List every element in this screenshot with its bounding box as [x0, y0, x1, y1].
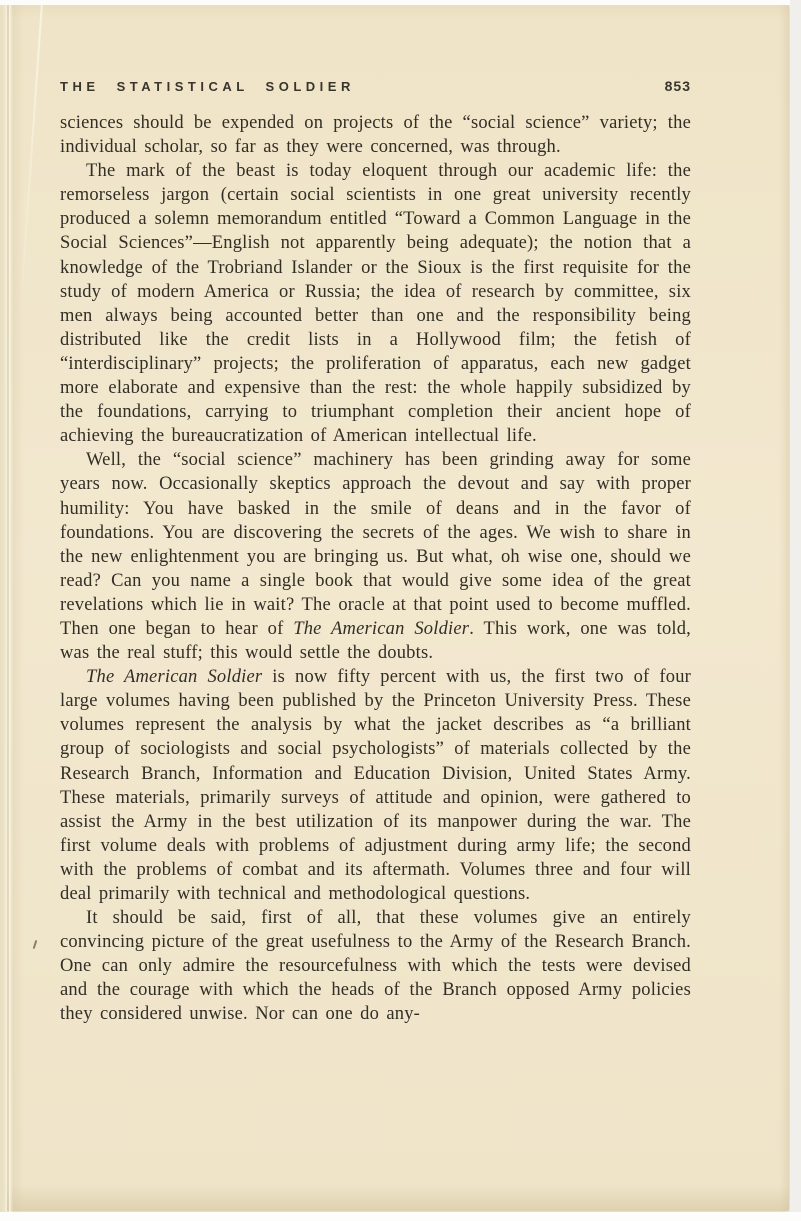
- text-run: Well, the “social science” machinery has…: [60, 450, 691, 639]
- body-paragraph: Well, the “social science” machinery has…: [60, 448, 691, 665]
- text-run: The mark of the beast is today eloquent …: [60, 161, 691, 446]
- body-paragraph: The American Soldier is now fifty percen…: [60, 665, 691, 906]
- page-content: THE STATISTICAL SOLDIER 853 sciences sho…: [60, 78, 691, 1027]
- adjacent-page-edge: [0, 0, 7, 1221]
- page-number: 853: [665, 78, 691, 94]
- scan-margin-right: [790, 0, 801, 1221]
- binding-crease: [9, 0, 13, 1221]
- text-run: It should be said, first of all, that th…: [60, 908, 691, 1024]
- text-run: sciences should be expended on projects …: [60, 113, 691, 157]
- body-paragraph: sciences should be expended on projects …: [60, 111, 691, 159]
- italic-book-title: The American Soldier: [293, 619, 469, 639]
- running-head: THE STATISTICAL SOLDIER 853: [60, 78, 691, 94]
- italic-book-title: The American Soldier: [86, 667, 262, 687]
- body-paragraph: It should be said, first of all, that th…: [60, 906, 691, 1026]
- scanned-book-page: { "page": { "header": { "title": "THE ST…: [0, 0, 801, 1221]
- scan-margin-bottom: [0, 1212, 801, 1221]
- page-title: THE STATISTICAL SOLDIER: [60, 79, 355, 94]
- scan-margin-top: [0, 0, 801, 5]
- text-run: is now fifty percent with us, the first …: [60, 667, 691, 904]
- page-body: sciences should be expended on projects …: [60, 111, 691, 1027]
- body-paragraph: The mark of the beast is today eloquent …: [60, 159, 691, 448]
